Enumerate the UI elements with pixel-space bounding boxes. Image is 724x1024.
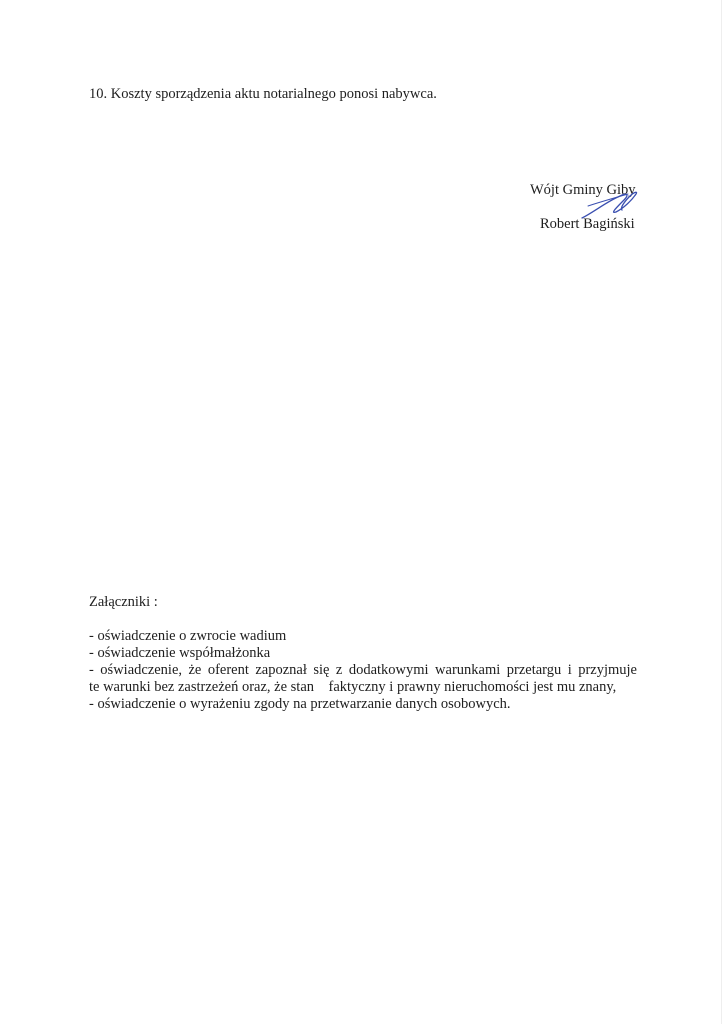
signatory-title: Wójt Gminy Giby [530, 181, 636, 199]
attachment-item: - oświadczenie o wyrażeniu zgody na prze… [89, 696, 637, 713]
document-page: 10. Koszty sporządzenia aktu notarialneg… [0, 0, 724, 1024]
attachments-heading: Załączniki : [89, 593, 158, 611]
scan-edge [721, 0, 722, 1024]
clause-10-text: 10. Koszty sporządzenia aktu notarialneg… [89, 85, 437, 103]
attachment-item-line: te warunki bez zastrzeżeń oraz, że stan … [89, 679, 616, 695]
attachment-item: - oświadczenie o zwrocie wadium [89, 628, 637, 645]
signatory-name: Robert Bagiński [540, 215, 635, 233]
attachment-item: - oświadczenie, że oferent zapoznał się … [89, 662, 637, 696]
attachment-item-line: - oświadczenie, że oferent zapoznał się … [89, 662, 637, 679]
attachments-list: - oświadczenie o zwrocie wadium - oświad… [89, 628, 637, 713]
attachment-item: - oświadczenie współmałżonka [89, 645, 637, 662]
